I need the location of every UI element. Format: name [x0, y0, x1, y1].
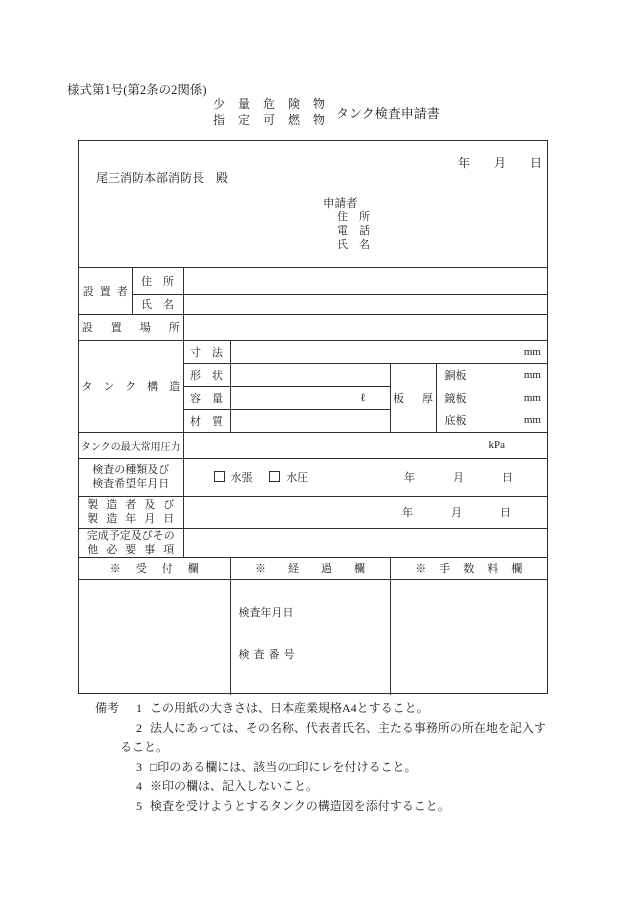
manufacturer-field: 年月日 — [183, 496, 547, 528]
applicant-address-label: 住所 — [337, 210, 381, 224]
tank-material-label: 材質 — [183, 409, 230, 432]
inspection-number-label: 検査番号 — [239, 646, 386, 662]
installer-address-label: 住所 — [132, 268, 183, 294]
inspection-label: 検査の種類及び 検査希望年月日 — [79, 458, 183, 496]
applicant-phone-label: 電話 — [337, 224, 381, 238]
plate-thickness-label: 板厚 — [390, 363, 436, 432]
location-row: 設置場所 — [79, 314, 547, 340]
progress-cell: 検査年月日 検査番号 — [230, 579, 390, 695]
inspection-field: 水張 水圧 年月日 — [183, 458, 547, 496]
location-label: 設置場所 — [79, 314, 183, 340]
pressure-row: タンクの最大常用圧力 kPa — [79, 432, 547, 458]
note-item-5: 5検査を受けようとするタンクの構造図を添付すること。 — [120, 797, 557, 817]
plate-bottom-cell: 底板mm — [436, 409, 547, 432]
fee-cell — [390, 579, 547, 695]
form-header-area: 年月日 尾三消防本部消防長 殿 申請者 住所 電話 氏名 — [79, 141, 547, 268]
tank-structure-label: タンク構造 — [79, 340, 183, 432]
title-category-stack: 少量危険物 指定可燃物 — [213, 96, 325, 128]
notes-section: 備考 1この用紙の大きさは、日本産業規格A4とすること。 2法人にあっては、その… — [95, 699, 557, 816]
progress-column-header: ※経過欄 — [230, 557, 390, 579]
tank-shape-label: 形状 — [183, 363, 230, 386]
installer-label: 設置者 — [79, 268, 132, 314]
form-page: 様式第1号(第2条の2関係) 少量危険物 指定可燃物 タンク検査申請書 年月日 … — [0, 0, 630, 903]
note-item-3: 3□印のある欄には、該当の□印にレを付けること。 — [120, 758, 557, 778]
capacity-unit: ℓ — [360, 392, 365, 404]
installer-address-field — [183, 268, 547, 294]
tank-capacity-label: 容量 — [183, 386, 230, 409]
reception-column-header: ※受付欄 — [79, 557, 230, 579]
tank-material-field — [230, 409, 390, 432]
plate-head-label: 鏡板 — [445, 390, 467, 406]
completion-field — [183, 528, 547, 557]
fee-column-header: ※手数料欄 — [390, 557, 547, 579]
inspection-date-label: 検査年月日 — [239, 604, 386, 620]
installer-name-row: 氏名 — [79, 294, 547, 314]
manufacturer-label: 製造者及び 製造年月日 — [79, 496, 183, 528]
inspection-options: 水張 水圧 — [214, 469, 309, 485]
admin-body-row: 検査年月日 検査番号 — [79, 579, 547, 695]
location-field — [183, 314, 547, 340]
plate-shell-label: 銅板 — [445, 367, 467, 383]
manufacturer-row: 製造者及び 製造年月日 年月日 — [79, 496, 547, 528]
dimension-unit: mm — [524, 346, 541, 358]
plate-bottom-unit: mm — [524, 414, 541, 426]
notes-label: 備考 — [95, 699, 119, 719]
plate-head-unit: mm — [524, 392, 541, 404]
completion-label: 完成予定及びその 他必要事項 — [79, 528, 183, 557]
checkbox-water-pressure[interactable] — [269, 471, 280, 482]
tank-dimension-label: 寸法 — [183, 340, 230, 363]
note-item-2: 2法人にあっては、その名称、代表者氏名、主たる事務所の所在地を記入すること。 — [120, 719, 557, 758]
form-title: 少量危険物 指定可燃物 タンク検査申請書 — [213, 96, 440, 128]
note-item-1: 1この用紙の大きさは、日本産業規格A4とすること。 — [120, 699, 557, 719]
completion-row: 完成予定及びその 他必要事項 — [79, 528, 547, 557]
title-main: タンク検査申請書 — [336, 103, 440, 122]
applicant-name-label: 氏名 — [337, 238, 381, 252]
plate-bottom-label: 底板 — [445, 412, 467, 428]
form-number: 様式第1号(第2条の2関係) — [67, 80, 207, 98]
applicant-fields: 住所 電話 氏名 — [337, 210, 370, 252]
addressee: 尾三消防本部消防長 殿 — [96, 169, 228, 186]
pressure-label: タンクの最大常用圧力 — [79, 432, 183, 458]
option-water-pressure-label: 水圧 — [286, 472, 308, 484]
installer-name-label: 氏名 — [132, 294, 183, 314]
installer-name-field — [183, 294, 547, 314]
title-category-line2: 指定可燃物 — [213, 112, 338, 128]
reception-cell — [79, 579, 230, 695]
pressure-field: kPa — [183, 432, 547, 458]
option-water-fill-label: 水張 — [231, 472, 253, 484]
tank-dimension-field: mm — [230, 340, 547, 363]
title-category-line1: 少量危険物 — [213, 96, 338, 112]
inspection-row: 検査の種類及び 検査希望年月日 水張 水圧 年月日 — [79, 458, 547, 496]
form-body: 年月日 尾三消防本部消防長 殿 申請者 住所 電話 氏名 設置者 住所 氏名 — [78, 140, 548, 694]
tank-dimension-row: タンク構造 寸法 mm — [79, 340, 547, 363]
admin-header-row: ※受付欄 ※経過欄 ※手数料欄 — [79, 557, 547, 579]
checkbox-water-fill[interactable] — [214, 471, 225, 482]
manufacture-date-placeholder: 年月日 — [402, 507, 547, 519]
header-date-placeholder: 年月日 — [458, 154, 566, 171]
plate-head-cell: 鏡板mm — [436, 386, 547, 409]
tank-shape-field — [230, 363, 390, 386]
pressure-unit: kPa — [489, 439, 506, 451]
installer-address-row: 設置者 住所 — [79, 268, 547, 294]
applicant-label: 申請者 — [323, 195, 358, 211]
inspection-date-placeholder: 年月日 — [404, 469, 547, 485]
plate-shell-cell: 銅板mm — [436, 363, 547, 386]
tank-capacity-field: ℓ — [230, 386, 390, 409]
plate-shell-unit: mm — [524, 369, 541, 381]
note-item-4: 4※印の欄は、記入しないこと。 — [120, 777, 557, 797]
form-table: 設置者 住所 氏名 設置場所 タンク構造 寸法 mm 形状 板厚 — [79, 268, 547, 695]
